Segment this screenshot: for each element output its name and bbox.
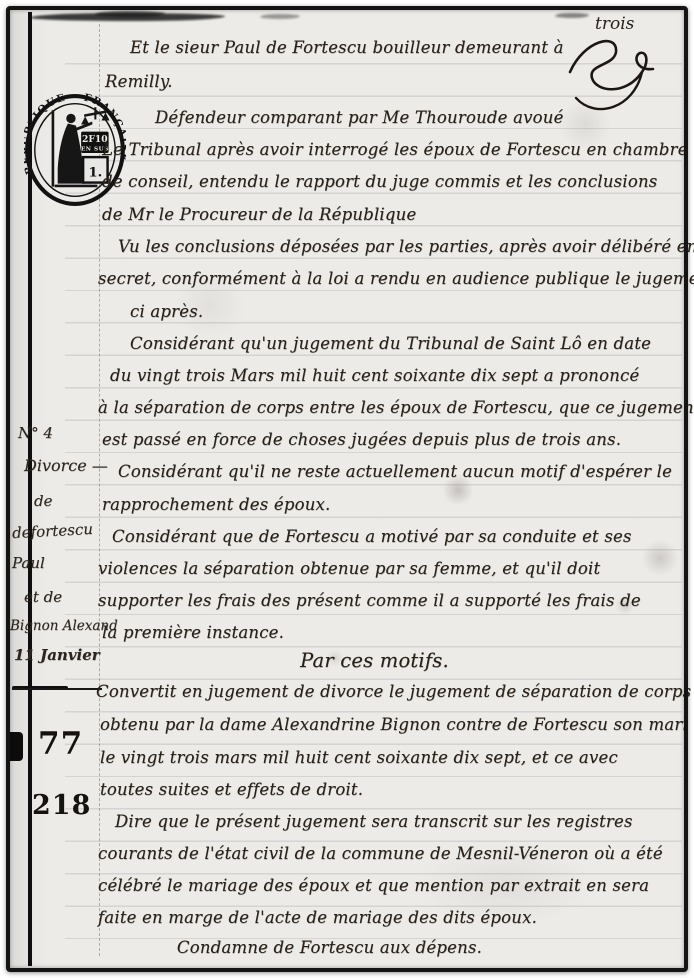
body-line: à la séparation de corps entre les époux… <box>98 400 694 417</box>
scan-smudge <box>555 13 589 18</box>
body-line-heading: Par ces motifs. <box>105 651 644 671</box>
body-line-closing: Condamne de Fortescu aux dépens. <box>105 940 554 957</box>
body-line: est passé en force de choses jugées depu… <box>102 432 621 449</box>
margin-note: defortescu <box>12 520 94 542</box>
registry-number: 77 <box>38 726 83 762</box>
body-line: supporter les frais des présent comme il… <box>98 593 641 610</box>
body-line: du vingt trois Mars mil huit cent soixan… <box>110 368 639 385</box>
margin-note: de <box>34 492 52 510</box>
body-line: rapprochement des époux. <box>102 497 331 514</box>
page-number: 218 <box>32 790 91 821</box>
ink-blot <box>10 732 23 761</box>
body-line: de Mr le Procureur de la République <box>102 207 416 224</box>
body-line: Considérant que de Fortescu a motivé par… <box>112 529 632 546</box>
body-line: violences la séparation obtenue par sa f… <box>98 561 600 578</box>
body-line: Vu les conclusions déposées par les part… <box>118 239 694 256</box>
body-line: le vingt trois mars mil huit cent soixan… <box>100 750 618 767</box>
margin-case-number: N° 4 <box>18 424 53 442</box>
signature-flourish-icon <box>562 30 692 122</box>
body-line: Le Tribunal après avoir interrogé les ép… <box>102 142 688 159</box>
body-line: Dire que le présent jugement sera transc… <box>115 814 633 831</box>
body-line: secret, conformément à la loi a rendu en… <box>98 271 694 288</box>
body-line: la première instance. <box>102 625 284 642</box>
body-line: Convertit en jugement de divorce le juge… <box>96 684 691 701</box>
body-line: Remilly. <box>105 74 173 91</box>
margin-note: Divorce — <box>24 456 108 475</box>
body-line: de conseil, entendu le rapport du juge c… <box>102 174 657 191</box>
body-line: Considérant qu'il ne reste actuellement … <box>118 464 672 481</box>
body-line: ci après. <box>130 304 203 321</box>
margin-separator <box>12 688 102 690</box>
margin-note: Paul <box>12 554 45 572</box>
margin-note: et de <box>24 588 62 606</box>
body-line: obtenu par la dame Alexandrine Bignon co… <box>100 717 688 734</box>
scanned-document: trois RÉPUBLIQUE FRANÇAISE <box>0 0 694 978</box>
margin-date-note: 11 Janvier <box>14 646 100 664</box>
scan-smudge <box>260 14 300 19</box>
body-line: Et le sieur Paul de Fortescu bouilleur d… <box>130 40 564 57</box>
body-line: courants de l'état civil de la commune d… <box>98 846 663 863</box>
body-line: Défendeur comparant par Me Thouroude avo… <box>155 110 564 127</box>
body-line: toutes suites et effets de droit. <box>100 782 363 799</box>
stamp-pedestal-number: 1. <box>88 165 102 180</box>
body-line: Considérant qu'un jugement du Tribunal d… <box>130 336 651 353</box>
body-line: célébré le mariage des époux et que ment… <box>98 878 649 895</box>
manuscript-page: trois RÉPUBLIQUE FRANÇAISE <box>10 10 684 968</box>
body-line: faite en marge de l'acte de mariage des … <box>98 910 537 927</box>
